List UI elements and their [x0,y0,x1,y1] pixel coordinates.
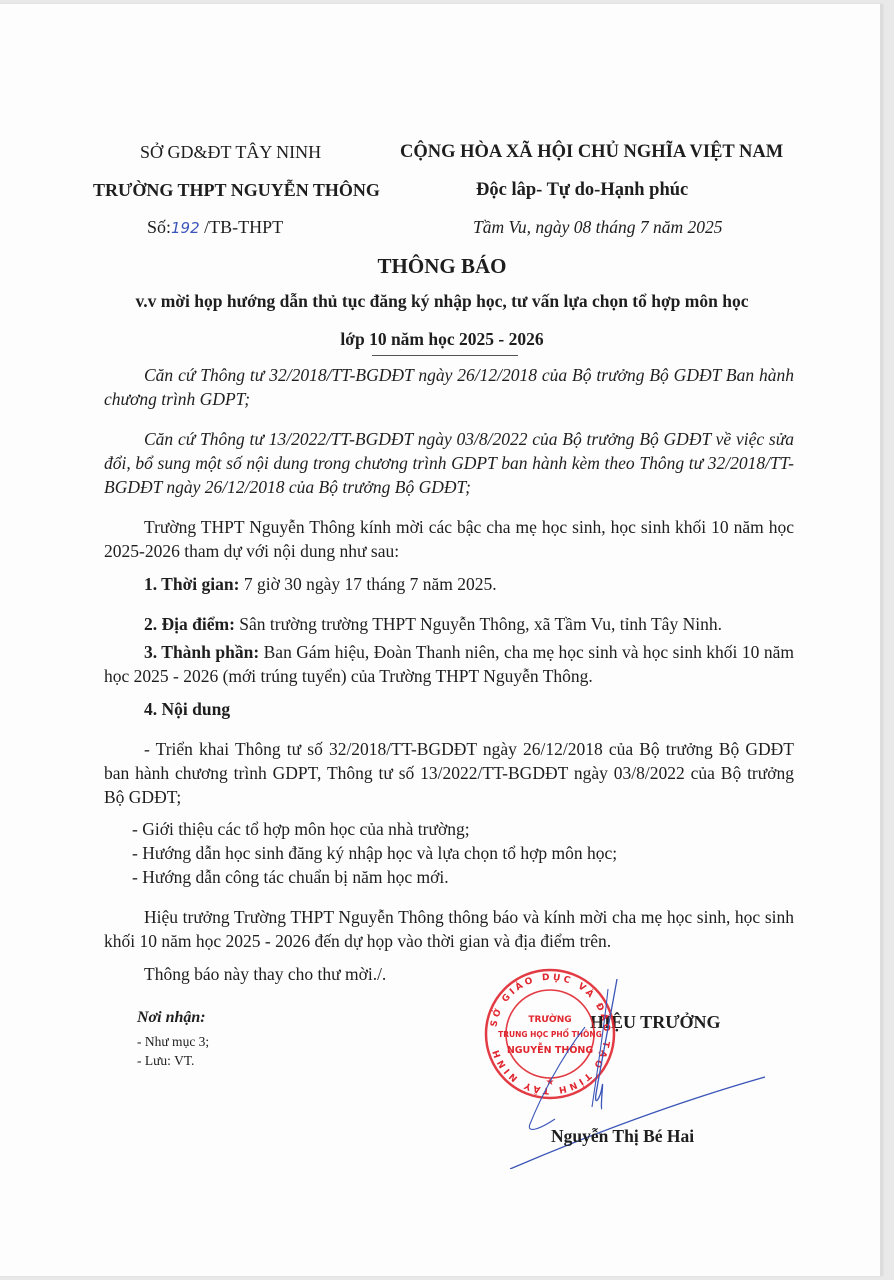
item-place: 2. Địa điểm: Sân trường trường THPT Nguy… [144,614,722,635]
document-title: THÔNG BÁO [0,254,884,279]
number-suffix: /TB-THPT [200,217,284,237]
signer-name: Nguyễn Thị Bé Hai [551,1126,694,1147]
item-participants: 3. Thành phần: Ban Gám hiệu, Đoàn Thanh … [104,640,794,688]
department-name: SỞ GD&ĐT TÂY NINH [140,142,321,163]
document-number: Số:192 /TB-THPT [147,217,283,238]
recipient-item: - Như mục 3; [137,1034,209,1050]
content-bullet-2: - Hướng dẫn học sinh đăng ký nhập học và… [132,842,617,865]
place-date: Tầm Vu, ngày 08 tháng 7 năm 2025 [473,217,723,238]
country-name: CỘNG HÒA XÃ HỘI CHỦ NGHĨA VIỆT NAM [400,142,783,163]
recipient-item: - Lưu: VT. [137,1053,194,1069]
item-time: 1. Thời gian: 7 giờ 30 ngày 17 tháng 7 n… [144,574,497,595]
content-bullet-3: - Hướng dẫn công tác chuẩn bị năm học mớ… [132,866,449,889]
handwritten-number: 192 [171,219,200,237]
document-subject-line-1: v.v mời họp hướng dẫn thủ tục đăng ký nh… [0,291,884,312]
item-participants-label: 3. Thành phần: [144,642,259,662]
title-underline [372,355,518,356]
closing-note: Thông báo này thay cho thư mời./. [144,964,386,985]
item-place-label: 2. Địa điểm: [144,614,235,634]
national-motto: Độc lâp- Tự do-Hạnh phúc [476,180,688,201]
recipients-title: Nơi nhận: [137,1009,206,1027]
item-place-value: Sân trường trường THPT Nguyễn Thông, xã … [235,614,722,634]
closing-invitation: Hiệu trưởng Trường THPT Nguyễn Thông thô… [104,905,794,953]
intro-paragraph: Trường THPT Nguyễn Thông kính mời các bậ… [104,515,794,563]
content-deploy: - Triển khai Thông tư số 32/2018/TT-BGDĐ… [104,737,794,809]
content-bullet-1: - Giới thiệu các tổ hợp môn học của nhà … [132,818,470,841]
legal-basis-1: Căn cứ Thông tư 32/2018/TT-BGDĐT ngày 26… [104,363,794,411]
school-name: TRƯỜNG THPT NGUYỄN THÔNG [93,180,380,201]
document-page: SỞ GD&ĐT TÂY NINH TRƯỜNG THPT NGUYỄN THÔ… [0,4,882,1276]
item-time-value: 7 giờ 30 ngày 17 tháng 7 năm 2025. [239,574,496,594]
item-content-label: 4. Nội dung [144,699,230,720]
legal-basis-2: Căn cứ Thông tư 13/2022/TT-BGDĐT ngày 03… [104,427,794,499]
number-prefix: Số: [147,217,171,237]
document-subject-line-2: lớp 10 năm học 2025 - 2026 [0,329,884,350]
item-time-label: 1. Thời gian: [144,574,239,594]
